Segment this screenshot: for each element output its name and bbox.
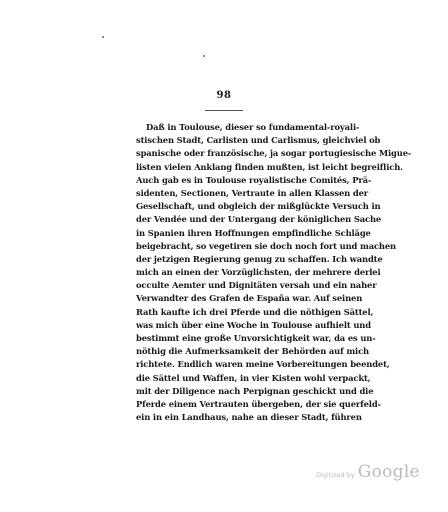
text-line: occulte Aemter und Dignitäten versah und… <box>136 279 316 292</box>
scan-speck <box>203 55 205 57</box>
text-line: Verwandter des Grafen de España war. Auf… <box>136 292 316 305</box>
text-line: Pferde einem Vertrauten übergeben, der s… <box>136 398 316 411</box>
digitized-by-google-watermark: Digitized by Google <box>316 462 420 482</box>
text-line: mich an einen der Vorzüglichsten, der me… <box>136 266 316 279</box>
text-line: stischen Stadt, Carlisten und Carlismus,… <box>136 134 316 147</box>
header-rule <box>205 110 243 111</box>
text-line: listen vielen Anklang finden mußten, ist… <box>136 161 316 174</box>
text-line: Gesellschaft, und obgleich der mißglückt… <box>136 200 316 213</box>
text-line: Daß in Toulouse, dieser so fundamental-r… <box>136 121 316 134</box>
body-text: Daß in Toulouse, dieser so fundamental-r… <box>136 121 316 424</box>
text-line: beigebracht, so vegetiren sie doch noch … <box>136 240 316 253</box>
text-line: ein in ein Landhaus, nahe an dieser Stad… <box>136 411 316 424</box>
text-line: die Sättel und Waffen, in vier Kisten wo… <box>136 372 316 385</box>
text-line: Rath kaufte ich drei Pferde und die nöth… <box>136 306 316 319</box>
text-line: mit der Diligence nach Perpignan geschic… <box>136 385 316 398</box>
text-line: in Spanien ihren Hoffnungen empfindliche… <box>136 227 316 240</box>
page-number: 98 <box>0 90 448 101</box>
text-line: der Vendée und der Untergang der königli… <box>136 213 316 226</box>
text-line: spanische oder französische, ja sogar po… <box>136 147 316 160</box>
text-line: richtete. Endlich waren meine Vorbereitu… <box>136 358 316 371</box>
text-line: was mich über eine Woche in Toulouse auf… <box>136 319 316 332</box>
text-line: Auch gab es in Toulouse royalistische Co… <box>136 174 316 187</box>
google-logo-text: Google <box>358 462 420 482</box>
watermark-prefix: Digitized by <box>316 471 355 479</box>
scan-speck <box>216 406 217 407</box>
text-line: der jetzigen Regierung genug zu schaffen… <box>136 253 316 266</box>
text-line: nöthig die Aufmerksamkeit der Behörden a… <box>136 345 316 358</box>
text-line: sidenten, Sectionen, Vertraute in allen … <box>136 187 316 200</box>
text-line: bestimmt eine große Unvorsichtigkeit war… <box>136 332 316 345</box>
scan-speck <box>102 36 104 38</box>
